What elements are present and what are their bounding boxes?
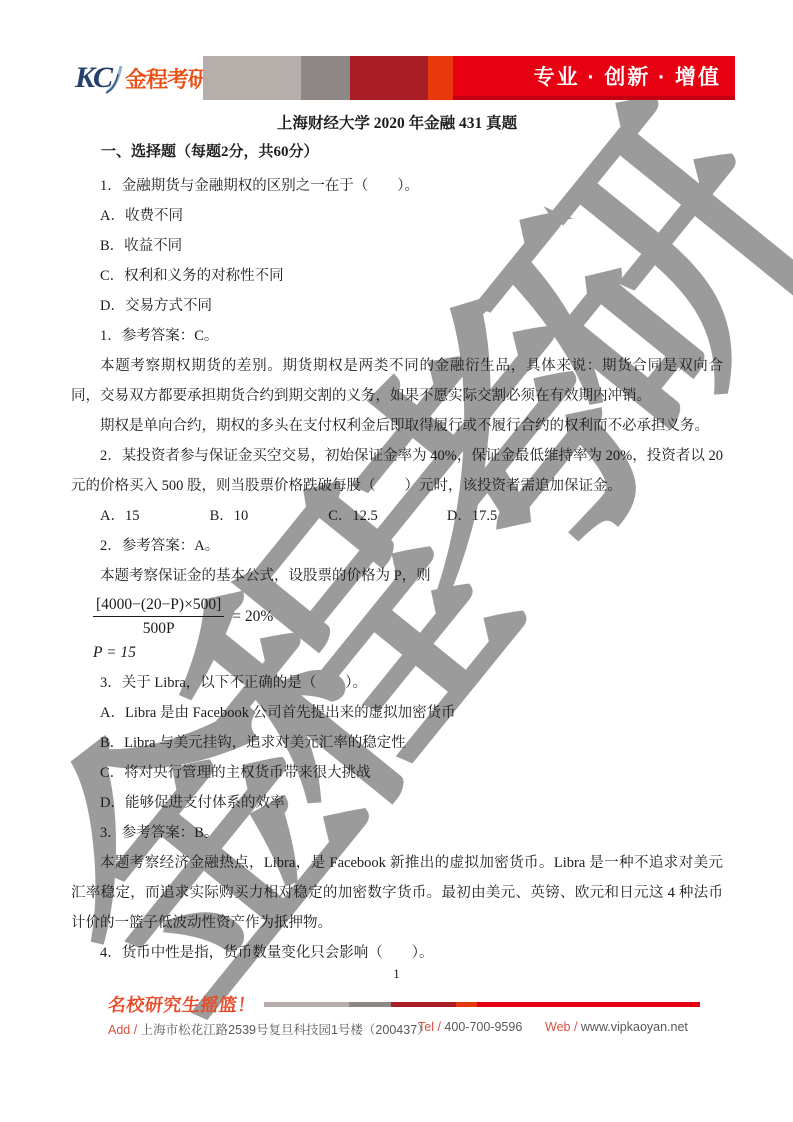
footer-address: Add / 上海市松花江路2539号复旦科技园1号楼（200437） bbox=[108, 1020, 418, 1038]
footer-bar-orange bbox=[456, 1002, 477, 1007]
formula-fraction: [4000−(20−P)×500] 500P bbox=[93, 594, 224, 640]
page-number: 1 bbox=[0, 966, 793, 982]
banner-segment-orange bbox=[428, 56, 453, 100]
question-2-option-c: C．12.5 bbox=[328, 501, 443, 531]
question-2-explanation: 本题考察保证金的基本公式，设股票的价格为 P，则 bbox=[71, 561, 723, 591]
footer-tel-value: 400-700-9596 bbox=[444, 1020, 522, 1034]
page-header: KC 金程考研 专业 · 创新 · 增值 bbox=[75, 56, 735, 100]
question-2: 2．某投资者参与保证金买空交易，初始保证金率为 40%，保证金最低维持率为 20… bbox=[71, 441, 723, 501]
footer-bar-lightgray bbox=[264, 1002, 349, 1007]
banner-slogan: 专业 · 创新 · 增值 bbox=[534, 61, 721, 91]
banner-segment-darkred bbox=[350, 56, 428, 100]
question-1-explanation-2: 期权是单向合约，期权的多头在支付权利金后即取得履行或不履行合约的权利而不必承担义… bbox=[71, 411, 723, 441]
question-1-option-c: C．权利和义务的对称性不同 bbox=[71, 261, 723, 291]
question-3-option-a: A．Libra 是由 Facebook 公司首先提出来的虚拟加密货币 bbox=[71, 698, 723, 728]
footer-telephone: Tel / 400-700-9596 bbox=[418, 1020, 545, 1038]
margin-formula: [4000−(20−P)×500] 500P = 20% P = 15 bbox=[93, 594, 723, 666]
banner-segment-lightgray bbox=[203, 56, 301, 100]
question-1-explanation-1: 本题考察期权期货的差别。期货期权是两类不同的金融衍生品，具体来说：期货合同是双向… bbox=[71, 351, 723, 411]
question-1-answer: 1．参考答案：C。 bbox=[71, 321, 723, 351]
brand-logo: KC 金程考研 bbox=[75, 56, 203, 100]
formula-result: P = 15 bbox=[93, 640, 723, 666]
footer-contacts-row: Add / 上海市松花江路2539号复旦科技园1号楼（200437） Tel /… bbox=[108, 1020, 700, 1038]
footer-address-value: 上海市松花江路2539号复旦科技园1号楼（200437） bbox=[141, 1023, 430, 1037]
section-heading: 一、选择题（每题2分，共60分） bbox=[71, 141, 723, 163]
footer-slogan: 名校研究生摇篮！ bbox=[107, 991, 258, 1017]
banner-segment-red: 专业 · 创新 · 增值 bbox=[453, 56, 735, 100]
formula-numerator: [4000−(20−P)×500] bbox=[93, 594, 224, 616]
banner-segment-gray bbox=[301, 56, 350, 100]
footer-web-label: Web / bbox=[545, 1020, 577, 1034]
document-body: 上海财经大学 2020 年金融 431 真题 一、选择题（每题2分，共60分） … bbox=[71, 113, 723, 968]
question-1-option-d: D．交易方式不同 bbox=[71, 291, 723, 321]
question-3-explanation: 本题考察经济金融热点，Libra，是 Facebook 新推出的虚拟加密货币。L… bbox=[71, 848, 723, 938]
formula-fraction-row: [4000−(20−P)×500] 500P = 20% bbox=[93, 594, 723, 640]
logo-brand-name: 金程考研 bbox=[125, 63, 209, 94]
question-2-option-a: A．15 bbox=[100, 501, 206, 531]
header-banner: 专业 · 创新 · 增值 bbox=[203, 56, 735, 100]
question-1-option-b: B．收益不同 bbox=[71, 231, 723, 261]
footer-divider-bar bbox=[264, 1002, 700, 1007]
formula-denominator: 500P bbox=[93, 616, 224, 640]
footer-tel-label: Tel / bbox=[418, 1020, 441, 1034]
question-1-option-a: A．收费不同 bbox=[71, 201, 723, 231]
question-3-option-d: D．能够促进支付体系的效率 bbox=[71, 788, 723, 818]
question-2-option-b: B．10 bbox=[210, 501, 325, 531]
footer-website: Web / www.vipkaoyan.net bbox=[545, 1020, 688, 1038]
question-3-answer: 3．参考答案：B。 bbox=[71, 818, 723, 848]
footer-bar-red bbox=[477, 1002, 700, 1007]
question-4: 4．货币中性是指，货币数量变化只会影响（ ）。 bbox=[71, 938, 723, 968]
question-3: 3．关于 Libra，以下不正确的是（ ）。 bbox=[71, 668, 723, 698]
question-3-option-b: B．Libra 与美元挂钩，追求对美元汇率的稳定性 bbox=[71, 728, 723, 758]
feather-swoosh-icon bbox=[105, 64, 123, 99]
doc-title: 上海财经大学 2020 年金融 431 真题 bbox=[71, 113, 723, 135]
footer-bar-gray bbox=[349, 1002, 391, 1007]
footer-bar-darkred bbox=[391, 1002, 456, 1007]
question-1: 1．金融期货与金融期权的区别之一在于（ ）。 bbox=[71, 171, 723, 201]
question-2-answer: 2．参考答案：A。 bbox=[71, 531, 723, 561]
page-footer: 名校研究生摇篮！ Add / 上海市松花江路2539号复旦科技园1号楼（2004… bbox=[108, 993, 700, 1038]
footer-address-label: Add / bbox=[108, 1023, 137, 1037]
footer-brand-row: 名校研究生摇篮！ bbox=[108, 993, 700, 1015]
footer-web-value: www.vipkaoyan.net bbox=[581, 1020, 688, 1034]
question-2-option-d: D．17.5 bbox=[447, 501, 497, 531]
question-2-options-row: A．15 B．10 C．12.5 D．17.5 bbox=[71, 501, 723, 531]
question-3-option-c: C．将对央行管理的主权货币带来很大挑战 bbox=[71, 758, 723, 788]
formula-equals: = 20% bbox=[232, 606, 273, 628]
